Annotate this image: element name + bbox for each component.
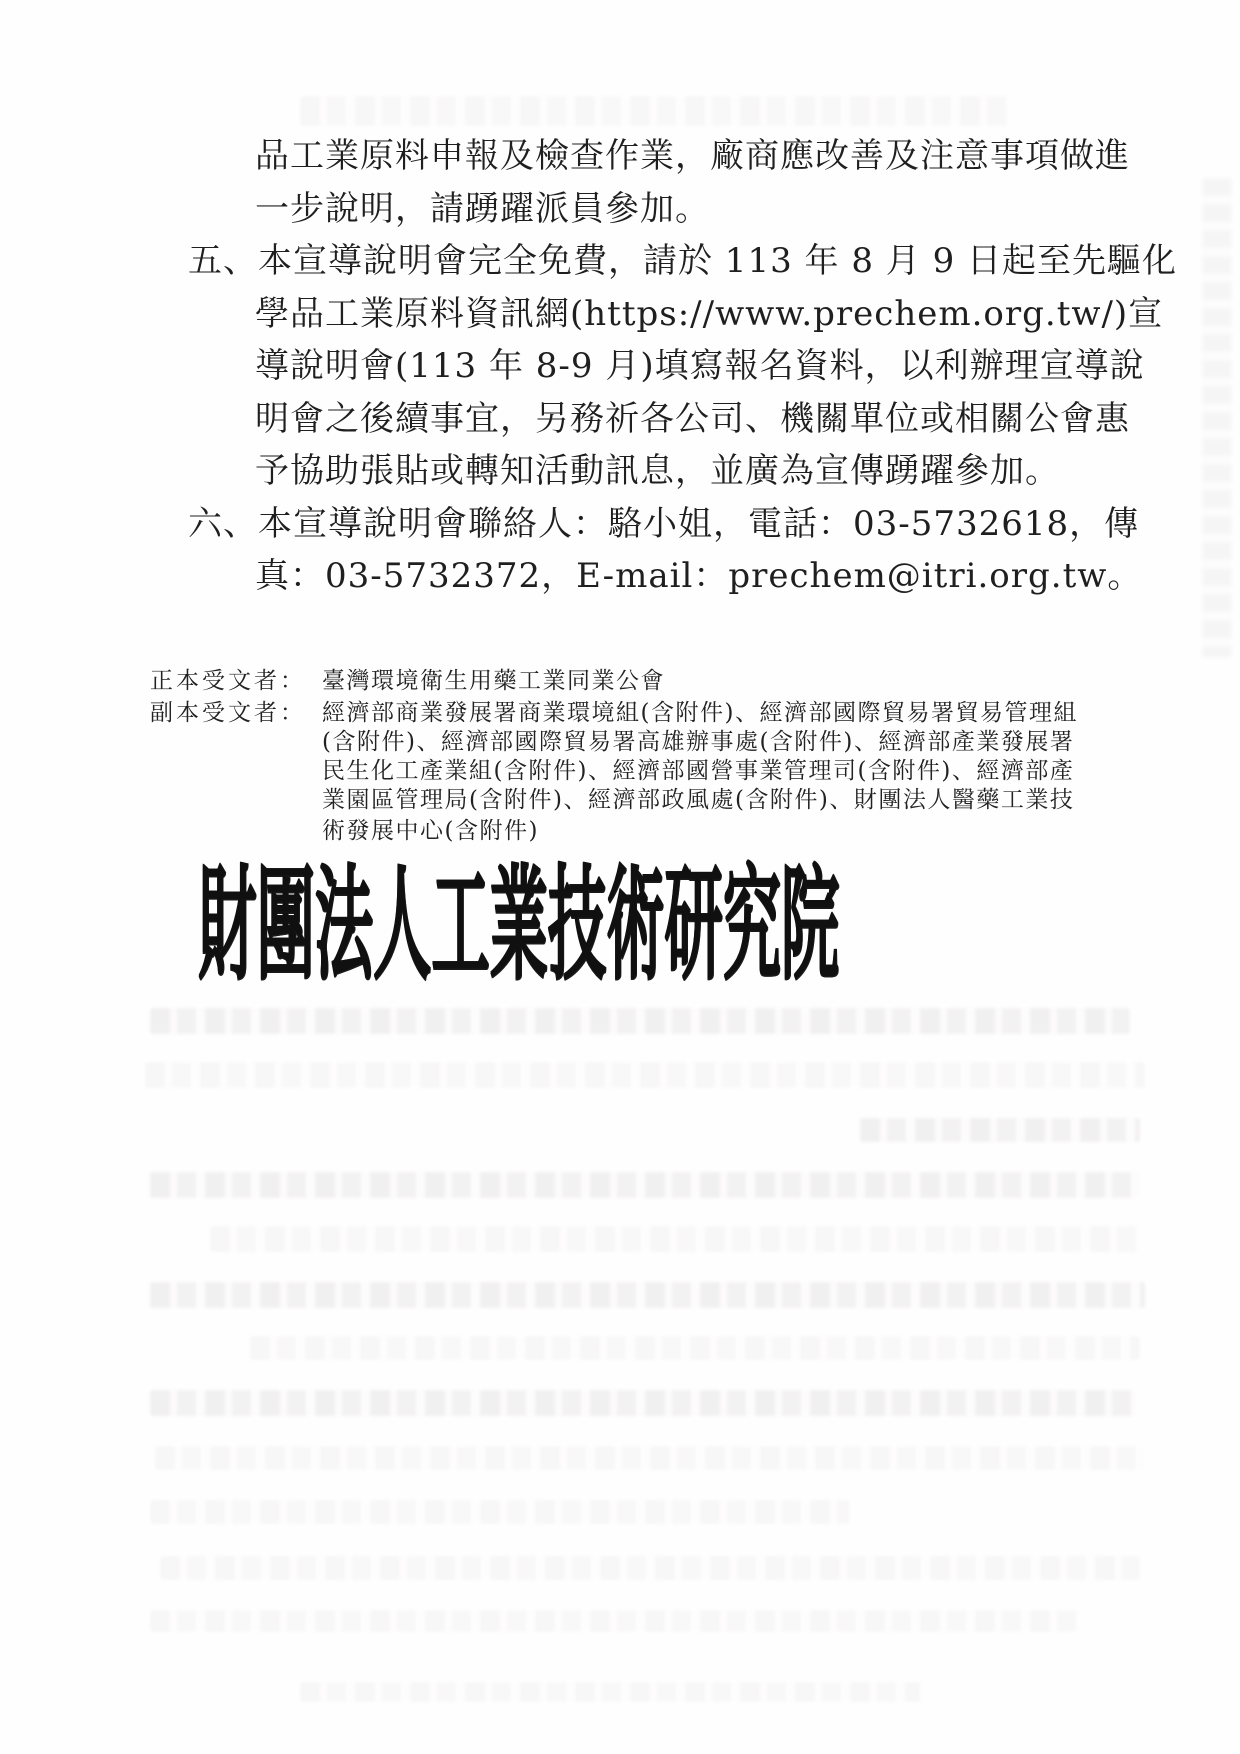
bleed-through-artifact	[150, 1610, 1080, 1632]
bleed-through-artifact	[150, 1282, 1145, 1308]
itri-stamp: 財團法人工業技術研究院	[198, 858, 839, 992]
bleed-through-artifact	[160, 1556, 1140, 1580]
body-line: 品工業原料申報及檢查作業，廠商應改善及注意事項做進	[255, 134, 1130, 178]
bleed-through-artifact	[150, 1390, 1135, 1416]
body-line: 真：03-5732372，E-mail：prechem@itri.org.tw。	[255, 554, 1142, 598]
scanned-document-page: 品工業原料申報及檢查作業，廠商應改善及注意事項做進 一步說明，請踴躍派員參加。 …	[0, 0, 1240, 1754]
body-line: 導說明會(113 年 8-9 月)填寫報名資料，以利辦理宣導說	[255, 344, 1145, 388]
original-recipient-value: 臺灣環境衛生用藥工業同業公會	[322, 662, 665, 695]
body-line: 一步說明，請踴躍派員參加。	[255, 187, 710, 231]
bleed-through-artifact	[150, 1172, 1140, 1198]
bleed-through-artifact	[1202, 178, 1232, 658]
body-line-item-5: 五、本宣導說明會完全免費，請於 113 年 8 月 9 日起至先驅化	[188, 239, 1177, 283]
bleed-through-artifact	[250, 1336, 1140, 1360]
bleed-through-artifact	[150, 1500, 850, 1524]
bleed-through-artifact	[150, 1008, 1130, 1034]
bleed-through-artifact	[145, 1062, 1145, 1088]
original-recipient-label: 正本受文者：	[150, 668, 306, 694]
copy-recipient-label: 副本受文者：	[150, 700, 306, 726]
copy-recipient-line: 業園區管理局(含附件)、經濟部政風處(含附件)、財團法人醫藥工業技	[322, 781, 1074, 814]
body-line: 明會之後續事宜，另務祈各公司、機關單位或相關公會惠	[255, 397, 1130, 441]
bleed-through-artifact	[155, 1446, 1145, 1470]
copy-recipient-row: 副本受文者： 經濟部商業發展署商業環境組(含附件)、經濟部國際貿易署貿易管理組	[150, 694, 306, 727]
bleed-through-artifact	[210, 1226, 1140, 1252]
bleed-through-artifact	[300, 96, 1010, 126]
body-line: 予協助張貼或轉知活動訊息，並廣為宣傳踴躍參加。	[255, 449, 1060, 493]
body-line: 學品工業原料資訊網(https://www.prechem.org.tw/)宣	[255, 292, 1163, 336]
bleed-through-artifact	[300, 1682, 920, 1702]
copy-recipient-line: 術發展中心(含附件)	[322, 812, 539, 845]
original-recipient-row: 正本受文者： 臺灣環境衛生用藥工業同業公會	[150, 662, 306, 695]
body-line-item-6: 六、本宣導說明會聯絡人：駱小姐，電話：03-5732618，傳	[188, 502, 1139, 546]
bleed-through-artifact	[860, 1118, 1140, 1142]
